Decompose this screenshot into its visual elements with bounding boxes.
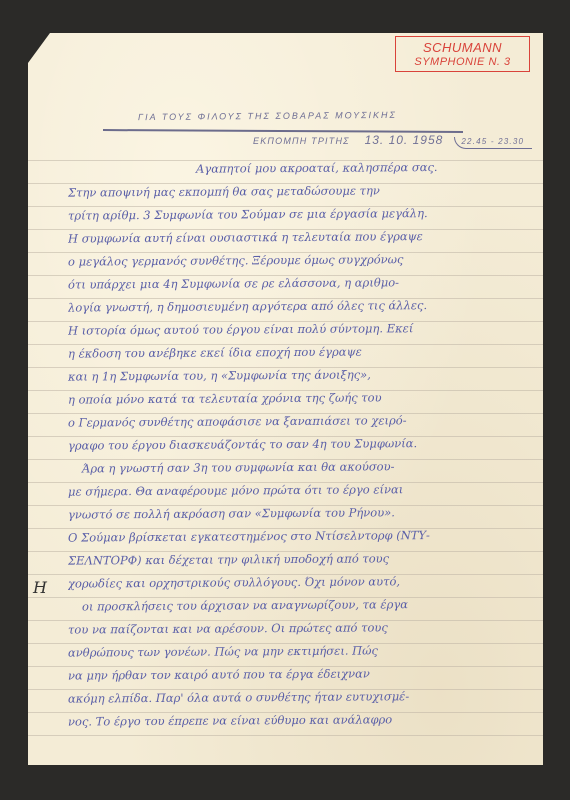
body-line: ακόμη ελπίδα. Παρ' όλα αυτά ο συνθέτης ή… bbox=[68, 684, 528, 710]
stamp-work: SYMPHONIE N. 3 bbox=[396, 55, 529, 70]
body-line: λογία γνωστή, η δημοσιευμένη αργότερα απ… bbox=[68, 293, 528, 319]
body-line: χορωδίες και ορχηστρικούς συλλόγους. Όχι… bbox=[68, 569, 528, 595]
body-line: γνωστό σε πολλή ακρόαση σαν «Συμφωνία το… bbox=[68, 500, 528, 526]
broadcast-date: 13. 10. 1958 bbox=[365, 133, 444, 147]
body-line: η έκδοση του ανέβηκε εκεί ίδια εποχή που… bbox=[68, 339, 528, 365]
broadcast-time: 22.45 - 23.30 bbox=[454, 137, 532, 149]
stamp-composer: SCHUMANN bbox=[396, 40, 529, 55]
body-line: η οποία μόνο κατά τα τελευταία χρόνια τη… bbox=[68, 385, 528, 411]
body-line: ο Γερμανός συνθέτης αποφάσισε να ξαναπιά… bbox=[68, 408, 528, 434]
broadcast-info: ΕΚΠΟΜΠΗ ΤΡΙΤΗΣ 13. 10. 1958 22.45 - 23.3… bbox=[253, 133, 532, 147]
body-line: Άρα η γνωστή σαν 3η του συμφωνία και θα … bbox=[68, 454, 528, 480]
body-line: τρίτη αρίθμ. 3 Συμφωνία του Σούμαν σε μι… bbox=[68, 201, 528, 227]
body-line: ανθρώπους των γονέων. Πώς να μην εκτιμήσ… bbox=[68, 638, 528, 664]
body-line: οι προσκλήσεις του άρχισαν να αναγνωρίζο… bbox=[68, 592, 528, 618]
program-title: ΓΙΑ ΤΟΥΣ ΦΙΛΟΥΣ ΤΗΣ ΣΟΒΑΡΑΣ ΜΟΥΣΙΚΗΣ bbox=[138, 110, 397, 122]
body-line: Ο Σούμαν βρίσκεται εγκατεστημένος στο Ντ… bbox=[68, 523, 528, 549]
body-line: με σήμερα. Θα αναφέρουμε μόνο πρώτα ότι … bbox=[68, 477, 528, 503]
body-line: Η ιστορία όμως αυτού του έργου είναι πολ… bbox=[68, 316, 528, 342]
body-line: Στην αποψινή μας εκπομπή θα σας μεταδώσο… bbox=[68, 178, 528, 204]
body-line: να μην ήρθαν τον καιρό αυτό που τα έργα … bbox=[68, 661, 528, 687]
body-line: νος. Το έργο του έπρεπε να είναι εύθυμο … bbox=[68, 707, 528, 733]
broadcast-label: ΕΚΠΟΜΠΗ ΤΡΙΤΗΣ bbox=[253, 136, 350, 146]
margin-annotation: Η bbox=[33, 578, 47, 597]
handwritten-body: Αγαπητοί μου ακροαταί, καλησπέρα σας. Στ… bbox=[68, 157, 528, 732]
body-line: ότι υπάρχει μια 4η Συμφωνία σε ρε ελάσσο… bbox=[68, 270, 528, 296]
body-line: και η 1η Συμφωνία του, η «Συμφωνία της ά… bbox=[68, 362, 528, 388]
body-line: Η συμφωνία αυτή είναι ουσιαστικά η τελευ… bbox=[68, 224, 528, 250]
body-line: Αγαπητοί μου ακροαταί, καλησπέρα σας. bbox=[68, 155, 528, 181]
manuscript-page: SCHUMANN SYMPHONIE N. 3 ΓΙΑ ΤΟΥΣ ΦΙΛΟΥΣ … bbox=[28, 33, 543, 765]
body-line: του να παίζονται και να αρέσουν. Οι πρώτ… bbox=[68, 615, 528, 641]
body-line: ο μεγάλος γερμανός συνθέτης. Ξέρουμε όμω… bbox=[68, 247, 528, 273]
title-underline bbox=[103, 129, 463, 132]
red-title-stamp: SCHUMANN SYMPHONIE N. 3 bbox=[395, 36, 530, 72]
body-line: ΣΕΛΝΤΟΡΦ) και δέχεται την φιλική υποδοχή… bbox=[68, 546, 528, 572]
body-line: γραφο του έργου διασκευάζοντάς το σαν 4η… bbox=[68, 431, 528, 457]
